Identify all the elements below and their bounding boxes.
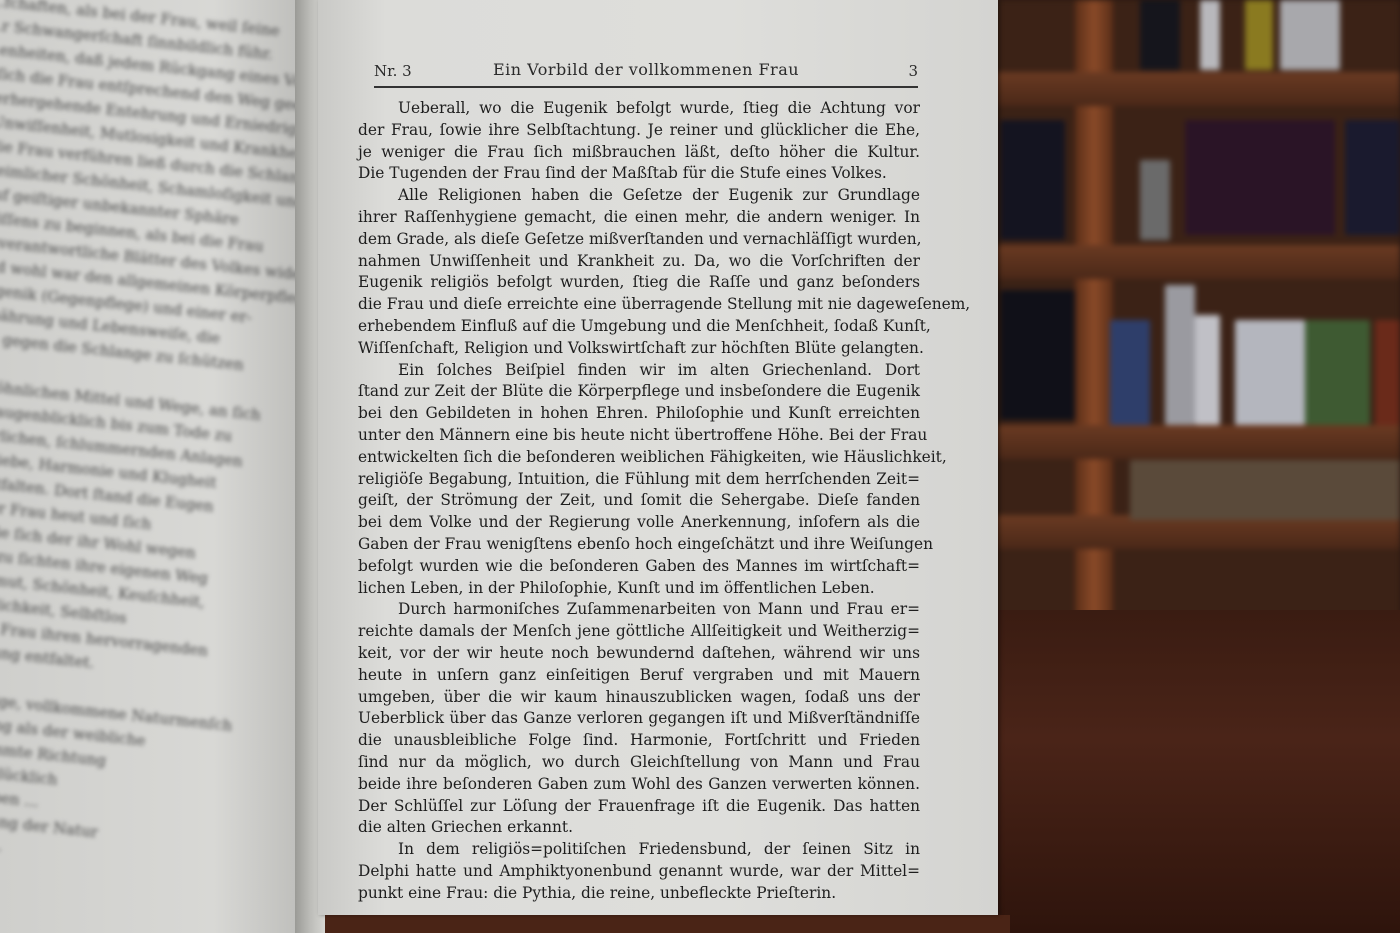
- book-spine: [1185, 120, 1335, 235]
- text-line: Die Tugenden der Frau ſind der Maßſtab f…: [358, 163, 920, 185]
- text-line: befolgt wurden wie die beſonderen Gaben …: [358, 556, 920, 578]
- text-line: entwickelten ſich die beſonderen weiblic…: [358, 447, 920, 469]
- text-line: punkt eine Frau: die Pythia, die reine, …: [358, 883, 920, 905]
- book-spine: [1245, 0, 1273, 70]
- page-body-text: Ueberall, wo die Eugenik befolgt wurde, …: [358, 98, 920, 904]
- text-line: lichen Leben, in der Philoſophie, Kunſt …: [358, 578, 920, 600]
- text-line: keit, vor der wir heute noch bewundernd …: [358, 643, 920, 665]
- background-bookshelf: [990, 0, 1400, 620]
- text-line: In dem religiös=politiſchen Friedensbund…: [358, 839, 920, 861]
- shelf-board: [990, 245, 1400, 279]
- text-line: der Frau, ſowie ihre Selbſtachtung. Je r…: [358, 120, 920, 142]
- text-line: die Frau und dieſe erreichte eine überra…: [358, 294, 920, 316]
- book-spine: [1000, 120, 1065, 240]
- book-spine: [1200, 0, 1220, 70]
- text-line: Ueberall, wo die Eugenik befolgt wurde, …: [358, 98, 920, 120]
- text-line: die unausbleibliche Folge ſind. Harmonie…: [358, 730, 920, 752]
- text-line: Ueberblick über das Ganze verloren gegan…: [358, 708, 920, 730]
- shelf-board: [990, 515, 1400, 549]
- wooden-table: [990, 610, 1400, 933]
- text-line: Alle Religionen haben die Geſetze der Eu…: [358, 185, 920, 207]
- text-line: heute in unſern ganz einſeitigen Beruf v…: [358, 665, 920, 687]
- text-line: ſind nur da möglich, wo durch Gleichſtel…: [358, 752, 920, 774]
- text-line: Wiſſenſchaft, Religion und Volkswirtſcha…: [358, 338, 920, 360]
- text-line: erhebendem Einfluß auf die Umgebung und …: [358, 316, 920, 338]
- text-line: reichte damals der Menſch jene göttliche…: [358, 621, 920, 643]
- table-edge: [290, 915, 1010, 933]
- text-line: Durch harmoniſches Zuſammenarbeiten von …: [358, 599, 920, 621]
- page-header: Nr. 3 Ein Vorbild der vollkommenen Frau …: [374, 60, 918, 84]
- text-line: die alten Griechen erkannt.: [358, 817, 920, 839]
- left-page-text-blurred: ...fchaften, als bei der Frau, weil ſein…: [0, 0, 290, 879]
- book-spine: [1305, 320, 1370, 425]
- text-line: bei den Gebildeten in hohen Ehren. Philo…: [358, 403, 920, 425]
- text-line: Delphi hatte und Amphiktyonenbund genann…: [358, 861, 920, 883]
- text-line: beide ihre beſonderen Gaben zum Wohl des…: [358, 774, 920, 796]
- book-spine: [1165, 285, 1195, 425]
- book-spine: [1280, 0, 1340, 70]
- header-rule: [374, 86, 918, 88]
- running-title: Ein Vorbild der vollkommenen Frau: [374, 60, 918, 79]
- shelf-board: [990, 425, 1400, 459]
- right-page: Nr. 3 Ein Vorbild der vollkommenen Frau …: [318, 0, 998, 915]
- book-spine: [1000, 290, 1075, 420]
- book-spine: [1235, 320, 1305, 425]
- shelf-board: [990, 72, 1400, 106]
- page-number: 3: [908, 62, 918, 80]
- text-line: nahmen Unwiſſenheit und Krankheit zu. Da…: [358, 251, 920, 273]
- book-spine: [1130, 460, 1400, 520]
- left-page: ...fchaften, als bei der Frau, weil ſein…: [0, 0, 305, 933]
- text-line: Eugenik religiös befolgt wurden, ſtieg d…: [358, 272, 920, 294]
- text-line: Der Schlüſſel zur Löſung der Frauenfrage…: [358, 796, 920, 818]
- book-spine: [1345, 120, 1400, 235]
- book-spine: [1140, 160, 1170, 240]
- text-line: umgeben, über die wir kaum hinauszublick…: [358, 687, 920, 709]
- book-spine: [1195, 315, 1220, 425]
- text-line: ihrer Raſſenhygiene gemacht, die einen m…: [358, 207, 920, 229]
- text-line: geiſt, der Strömung der Zeit, und ſomit …: [358, 490, 920, 512]
- text-line: je weniger die Frau ſich mißbrauchen läß…: [358, 142, 920, 164]
- text-line: unter den Männern eine bis heute nicht ü…: [358, 425, 920, 447]
- text-line: bei dem Volke und der Regierung volle An…: [358, 512, 920, 534]
- book-spine: [1110, 320, 1150, 425]
- text-line: ſtand zur Zeit der Blüte die Körperpfleg…: [358, 381, 920, 403]
- text-line: religiöſe Begabung, Intuition, die Fühlu…: [358, 469, 920, 491]
- text-line: Ein ſolches Beiſpiel finden wir im alten…: [358, 360, 920, 382]
- text-line: dem Grade, als dieſe Geſetze mißverſtand…: [358, 229, 920, 251]
- text-line: Gaben der Frau wenigſtens ebenſo hoch ei…: [358, 534, 920, 556]
- book-spine: [1375, 320, 1400, 425]
- book-spine: [1140, 0, 1180, 70]
